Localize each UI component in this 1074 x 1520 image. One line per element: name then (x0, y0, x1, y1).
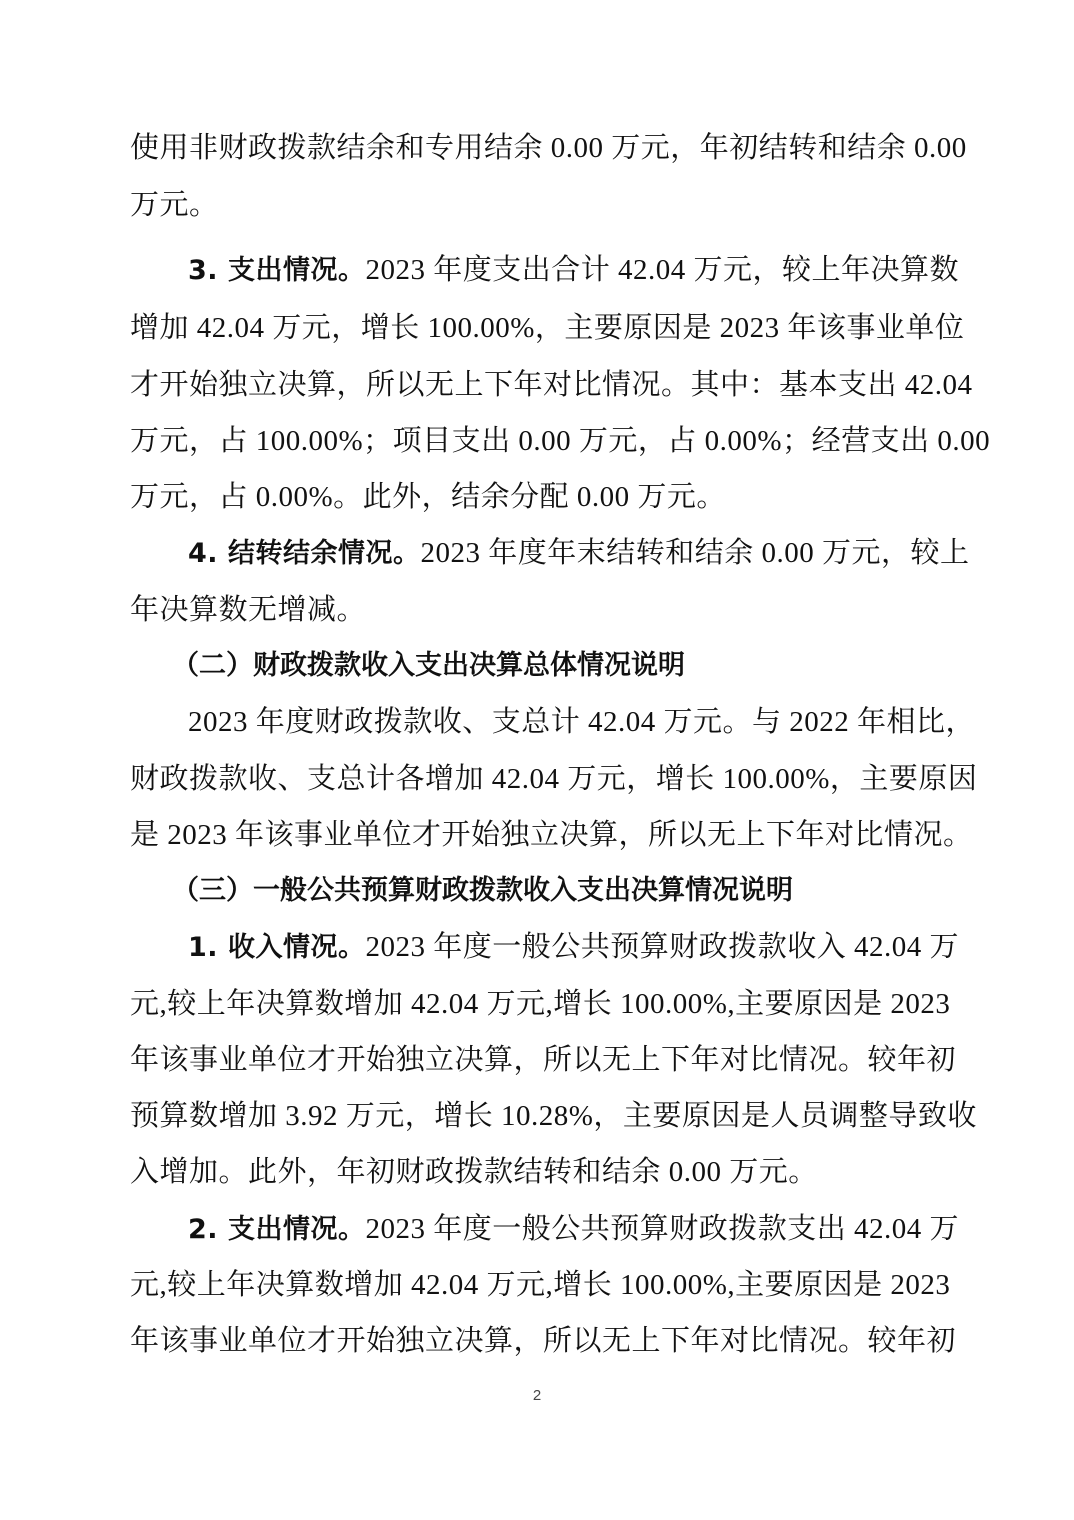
paragraph-line: 年该事业单位才开始独立决算，所以无上下年对比情况。较年初 (130, 1321, 944, 1361)
paragraph-line: 是 2023 年该事业单位才开始独立决算，所以无上下年对比情况。 (130, 815, 944, 855)
paragraph-line: 入增加。此外，年初财政拨款结转和结余 0.00 万元。 (130, 1152, 944, 1192)
paragraph-line: 年该事业单位才开始独立决算，所以无上下年对比情况。较年初 (130, 1040, 944, 1080)
paragraph-line: 2023 年度财政拨款收、支总计 42.04 万元。与 2022 年相比， (130, 702, 944, 742)
paragraph-line: 年决算数无增减。 (130, 590, 944, 630)
section-label-carryover: 4. 结转结余情况。 (188, 538, 420, 569)
section-heading-2: （二）财政拨款收入支出决算总体情况说明 (130, 646, 928, 686)
section-expenditure-line: 3. 支出情况。2023 年度支出合计 42.04 万元，较上年决算数 (130, 250, 944, 290)
paragraph-line: 增加 42.04 万元，增长 100.00%，主要原因是 2023 年该事业单位 (130, 308, 944, 348)
paragraph-text: 2023 年度一般公共预算财政拨款支出 42.04 万 (365, 1213, 959, 1245)
paragraph-line: 万元，占 0.00%。此外，结余分配 0.00 万元。 (130, 477, 944, 517)
page-number: 2 (0, 1387, 1074, 1404)
paragraph-text: 2023 年度年末结转和结余 0.00 万元，较上 (420, 537, 969, 569)
paragraph-line: 万元，占 100.00%；项目支出 0.00 万元，占 0.00%；经营支出 0… (130, 421, 944, 461)
section-label-expenditure: 3. 支出情况。 (188, 255, 365, 286)
paragraph-line: 预算数增加 3.92 万元，增长 10.28%，主要原因是人员调整导致收 (130, 1096, 944, 1136)
section-carryover-line: 4. 结转结余情况。2023 年度年末结转和结余 0.00 万元，较上 (130, 533, 944, 573)
paragraph-line: 才开始独立决算，所以无上下年对比情况。其中：基本支出 42.04 (130, 365, 944, 405)
paragraph-line: 财政拨款收、支总计各增加 42.04 万元，增长 100.00%，主要原因 (130, 759, 944, 799)
section-label-gp-expenditure: 2. 支出情况。 (188, 1214, 365, 1245)
section-income-line: 1. 收入情况。2023 年度一般公共预算财政拨款收入 42.04 万 (130, 927, 944, 967)
section-heading-3: （三）一般公共预算财政拨款收入支出决算情况说明 (130, 871, 928, 911)
paragraph-line: 元,较上年决算数增加 42.04 万元,增长 100.00%,主要原因是 202… (130, 984, 944, 1024)
paragraph-line: 元,较上年决算数增加 42.04 万元,增长 100.00%,主要原因是 202… (130, 1265, 944, 1305)
section-label-income: 1. 收入情况。 (188, 932, 365, 963)
paragraph-line: 使用非财政拨款结余和专用结余 0.00 万元，年初结转和结余 0.00 (130, 128, 944, 168)
section-gp-expenditure-line: 2. 支出情况。2023 年度一般公共预算财政拨款支出 42.04 万 (130, 1209, 944, 1249)
paragraph-line: 万元。 (130, 185, 944, 225)
paragraph-text: 2023 年度支出合计 42.04 万元，较上年决算数 (365, 254, 959, 286)
paragraph-text: 2023 年度一般公共预算财政拨款收入 42.04 万 (365, 931, 959, 963)
